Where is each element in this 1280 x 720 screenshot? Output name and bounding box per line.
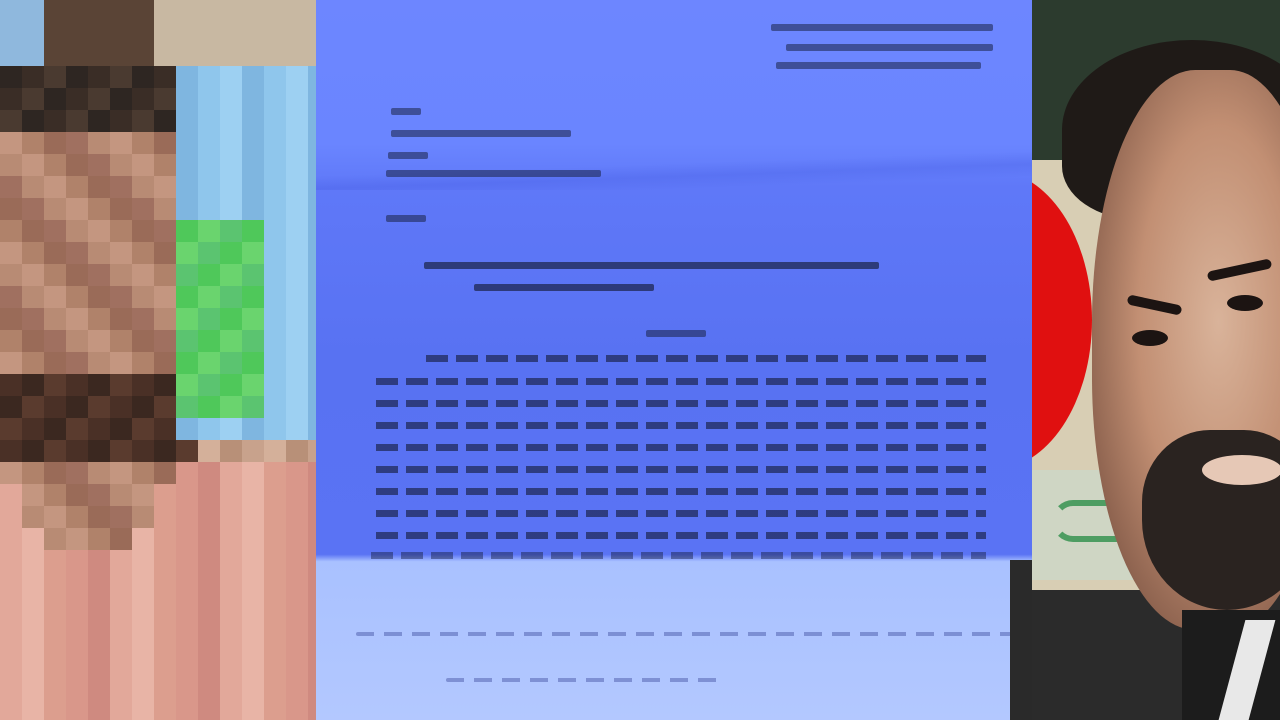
- pixel-block: [220, 0, 242, 22]
- pixel-block: [286, 594, 308, 616]
- pixel-block: [0, 352, 22, 374]
- pixel-block: [22, 528, 44, 550]
- pixel-block: [132, 154, 154, 176]
- pixel-block: [110, 594, 132, 616]
- pixel-block: [286, 88, 308, 110]
- pixel-block: [44, 330, 66, 352]
- pixel-block: [264, 0, 286, 22]
- pixel-block: [308, 528, 316, 550]
- pixel-block: [308, 550, 316, 572]
- pixel-block: [308, 176, 316, 198]
- pixel-block: [286, 330, 308, 352]
- pixel-block: [220, 572, 242, 594]
- pixel-block: [22, 396, 44, 418]
- pixel-block: [242, 352, 264, 374]
- body-line: [376, 444, 986, 451]
- pixel-block: [44, 352, 66, 374]
- handwritten-note-line: [356, 632, 1016, 636]
- pixel-block: [44, 44, 66, 66]
- pixel-block: [0, 462, 22, 484]
- pixel-block: [176, 374, 198, 396]
- pixel-block: [242, 88, 264, 110]
- pixel-block: [0, 220, 22, 242]
- pixel-block: [44, 220, 66, 242]
- pixel-block: [22, 462, 44, 484]
- pixel-block: [242, 44, 264, 66]
- pixel-block: [264, 242, 286, 264]
- pixel-block: [220, 484, 242, 506]
- pixel-block: [66, 572, 88, 594]
- pixel-block: [220, 330, 242, 352]
- pixel-block: [198, 88, 220, 110]
- pixel-block: [176, 440, 198, 462]
- pixel-block: [0, 682, 22, 704]
- pixel-block: [242, 176, 264, 198]
- pixel-block: [176, 704, 198, 720]
- pixel-block: [176, 88, 198, 110]
- pixel-block: [88, 638, 110, 660]
- pixel-block: [308, 682, 316, 704]
- pixel-block: [308, 44, 316, 66]
- pixel-block: [264, 572, 286, 594]
- eye: [1227, 295, 1263, 311]
- pixel-block: [308, 396, 316, 418]
- pixel-block: [88, 374, 110, 396]
- pixel-block: [198, 66, 220, 88]
- pixel-block: [44, 374, 66, 396]
- pixel-block: [220, 440, 242, 462]
- pixel-block: [198, 286, 220, 308]
- pixel-block: [66, 242, 88, 264]
- pixel-block: [110, 418, 132, 440]
- pixel-block: [264, 352, 286, 374]
- pixel-block: [44, 550, 66, 572]
- pixel-block: [66, 528, 88, 550]
- letter-document-panel: [316, 0, 1032, 720]
- pixel-block: [44, 528, 66, 550]
- pixel-block: [110, 132, 132, 154]
- pixel-block: [0, 132, 22, 154]
- pixel-block: [264, 110, 286, 132]
- pixel-block: [22, 66, 44, 88]
- pixel-block: [198, 308, 220, 330]
- pixel-block: [198, 22, 220, 44]
- pixel-block: [22, 88, 44, 110]
- pixel-block: [308, 660, 316, 682]
- pixel-block: [220, 374, 242, 396]
- pixel-block: [176, 0, 198, 22]
- pixel-block: [176, 220, 198, 242]
- pixel-block: [88, 704, 110, 720]
- pixel-block: [220, 462, 242, 484]
- pixel-block: [198, 682, 220, 704]
- pixel-block: [22, 242, 44, 264]
- pixel-block: [88, 352, 110, 374]
- pixel-block: [242, 418, 264, 440]
- pixel-block: [88, 660, 110, 682]
- pixel-block: [220, 154, 242, 176]
- pixel-block: [220, 22, 242, 44]
- pixel-block: [0, 638, 22, 660]
- pixel-block: [198, 484, 220, 506]
- pixel-block: [88, 44, 110, 66]
- pixel-block: [264, 198, 286, 220]
- pixel-block: [154, 616, 176, 638]
- pixel-block: [176, 66, 198, 88]
- pixel-block: [66, 154, 88, 176]
- pixel-block: [132, 352, 154, 374]
- section-heading: [646, 330, 706, 337]
- pixel-block: [220, 242, 242, 264]
- pixel-block: [132, 66, 154, 88]
- pixel-block: [308, 154, 316, 176]
- pixel-block: [264, 66, 286, 88]
- pixel-block: [242, 286, 264, 308]
- pixel-block: [176, 132, 198, 154]
- pixel-block: [286, 110, 308, 132]
- pixel-block: [66, 616, 88, 638]
- pixel-block: [132, 506, 154, 528]
- pixel-block: [154, 550, 176, 572]
- pixel-block: [242, 198, 264, 220]
- pixel-block: [0, 704, 22, 720]
- pixel-block: [286, 440, 308, 462]
- pixel-block: [44, 308, 66, 330]
- pixel-block: [242, 220, 264, 242]
- pixel-block: [154, 396, 176, 418]
- pixel-block: [66, 396, 88, 418]
- pixel-block: [220, 418, 242, 440]
- pixel-block: [44, 572, 66, 594]
- pixel-block: [308, 242, 316, 264]
- pixel-block: [22, 110, 44, 132]
- pixel-block: [264, 264, 286, 286]
- pixel-block: [308, 462, 316, 484]
- pixel-block: [66, 132, 88, 154]
- pixel-block: [242, 374, 264, 396]
- pixel-block: [110, 264, 132, 286]
- pixel-block: [176, 616, 198, 638]
- pixel-block: [176, 22, 198, 44]
- pixel-block: [264, 418, 286, 440]
- pixel-block: [264, 440, 286, 462]
- pixel-block: [110, 198, 132, 220]
- pixel-block: [110, 330, 132, 352]
- pixel-block: [286, 638, 308, 660]
- pixel-block: [176, 638, 198, 660]
- pixel-block: [22, 616, 44, 638]
- pixel-block: [0, 418, 22, 440]
- pixel-block: [22, 44, 44, 66]
- pixel-block: [198, 550, 220, 572]
- pixel-block: [88, 242, 110, 264]
- pixel-block: [176, 176, 198, 198]
- pixel-block: [154, 242, 176, 264]
- pixel-block: [22, 374, 44, 396]
- pixel-block: [176, 462, 198, 484]
- pixel-block: [44, 242, 66, 264]
- pixel-block: [286, 44, 308, 66]
- pixel-block: [0, 242, 22, 264]
- pixel-block: [198, 352, 220, 374]
- pixel-block: [66, 374, 88, 396]
- pixel-block: [66, 286, 88, 308]
- pixel-block: [44, 66, 66, 88]
- pixel-block: [44, 198, 66, 220]
- pixel-block: [132, 176, 154, 198]
- pixel-block: [286, 22, 308, 44]
- pixel-block: [88, 286, 110, 308]
- pixel-block: [0, 264, 22, 286]
- pixel-block: [198, 572, 220, 594]
- pixel-block: [286, 704, 308, 720]
- pixel-block: [308, 418, 316, 440]
- pixel-block: [88, 506, 110, 528]
- pixel-block: [264, 660, 286, 682]
- pixel-block: [22, 682, 44, 704]
- pixel-block: [198, 374, 220, 396]
- pixel-block: [154, 308, 176, 330]
- pixel-block: [198, 154, 220, 176]
- pixel-block: [132, 88, 154, 110]
- pixel-block: [286, 352, 308, 374]
- pixel-block: [242, 154, 264, 176]
- pixel-block: [132, 682, 154, 704]
- pixel-block: [88, 682, 110, 704]
- pixel-block: [154, 154, 176, 176]
- pixel-block: [154, 66, 176, 88]
- pixel-block: [242, 0, 264, 22]
- pixel-block: [22, 198, 44, 220]
- pixel-block: [220, 352, 242, 374]
- pixel-block: [176, 418, 198, 440]
- pixel-block: [22, 484, 44, 506]
- pixel-block: [286, 550, 308, 572]
- pixel-block: [0, 616, 22, 638]
- pixel-block: [198, 440, 220, 462]
- pixel-block: [154, 660, 176, 682]
- pixel-block: [264, 396, 286, 418]
- pixel-block: [220, 616, 242, 638]
- pixel-block: [154, 594, 176, 616]
- pixel-block: [132, 198, 154, 220]
- pixel-block: [198, 594, 220, 616]
- pixel-block: [308, 198, 316, 220]
- subject-line: [474, 284, 654, 291]
- pixel-block: [66, 506, 88, 528]
- pixel-block: [286, 506, 308, 528]
- pixel-block: [66, 44, 88, 66]
- pixel-block: [154, 572, 176, 594]
- pixel-block: [154, 264, 176, 286]
- body-line: [371, 552, 986, 559]
- pixel-block: [110, 308, 132, 330]
- pixel-block: [0, 154, 22, 176]
- pixel-block: [0, 594, 22, 616]
- pixel-block: [132, 572, 154, 594]
- pixel-block: [286, 154, 308, 176]
- pixel-block: [286, 0, 308, 22]
- paper-edge-shadow: [1010, 560, 1032, 720]
- body-line: [426, 355, 986, 362]
- pixel-block: [110, 154, 132, 176]
- pixel-block: [198, 506, 220, 528]
- pixel-block: [88, 0, 110, 22]
- pixel-block: [220, 638, 242, 660]
- pixel-block: [286, 308, 308, 330]
- pixel-block: [264, 88, 286, 110]
- pixel-block: [132, 110, 154, 132]
- pixel-block: [88, 264, 110, 286]
- body-line: [376, 400, 986, 407]
- pixel-block: [66, 0, 88, 22]
- pixel-block: [22, 550, 44, 572]
- pixel-block: [308, 132, 316, 154]
- pixel-block: [66, 308, 88, 330]
- pixel-block: [308, 638, 316, 660]
- pixel-block: [264, 506, 286, 528]
- pixel-block: [66, 418, 88, 440]
- pixel-block: [154, 682, 176, 704]
- pixel-block: [220, 110, 242, 132]
- pixel-block: [44, 396, 66, 418]
- pixel-block: [22, 308, 44, 330]
- pixel-block: [66, 176, 88, 198]
- pixel-block: [264, 220, 286, 242]
- pixel-block: [154, 506, 176, 528]
- pixel-block: [154, 418, 176, 440]
- pixel-block: [88, 154, 110, 176]
- pixel-block: [308, 22, 316, 44]
- pixel-block: [308, 330, 316, 352]
- pixel-block: [132, 264, 154, 286]
- pixel-block: [154, 528, 176, 550]
- pixel-block: [0, 110, 22, 132]
- pixel-block: [132, 330, 154, 352]
- pixel-block: [176, 506, 198, 528]
- pixel-block: [132, 638, 154, 660]
- pixel-block: [198, 528, 220, 550]
- pixel-block: [154, 440, 176, 462]
- pixel-block: [154, 0, 176, 22]
- pixel-block: [308, 374, 316, 396]
- pixel-block: [44, 110, 66, 132]
- pixel-block: [110, 572, 132, 594]
- pixel-block: [22, 0, 44, 22]
- pixel-block: [308, 352, 316, 374]
- pixel-block: [308, 286, 316, 308]
- pixel-block: [0, 330, 22, 352]
- pixel-block: [22, 352, 44, 374]
- pixel-block: [132, 704, 154, 720]
- pixel-block: [22, 418, 44, 440]
- pixel-block: [264, 528, 286, 550]
- pixel-block: [132, 220, 154, 242]
- pixel-block: [88, 440, 110, 462]
- pixel-block: [308, 110, 316, 132]
- pixel-block: [110, 550, 132, 572]
- pixel-block: [220, 308, 242, 330]
- pixel-block: [110, 616, 132, 638]
- pixel-block: [110, 462, 132, 484]
- pixel-block: [66, 220, 88, 242]
- pixel-block: [66, 110, 88, 132]
- pixel-block: [154, 176, 176, 198]
- pixel-block: [264, 44, 286, 66]
- pixel-block: [154, 704, 176, 720]
- pixel-block: [286, 396, 308, 418]
- pixel-block: [198, 110, 220, 132]
- pixel-block: [198, 0, 220, 22]
- pixel-block: [110, 528, 132, 550]
- pixel-block: [198, 616, 220, 638]
- pixel-block: [264, 704, 286, 720]
- pixel-block: [286, 66, 308, 88]
- pixel-block: [176, 286, 198, 308]
- pixel-block: [242, 242, 264, 264]
- pixel-block: [88, 418, 110, 440]
- pixel-block: [22, 154, 44, 176]
- pixel-block: [132, 462, 154, 484]
- pixel-block: [264, 176, 286, 198]
- pixel-block: [88, 462, 110, 484]
- recipient-line: [388, 152, 428, 159]
- pixel-block: [132, 44, 154, 66]
- pixel-block: [110, 682, 132, 704]
- pixel-block: [110, 286, 132, 308]
- pixel-block: [198, 132, 220, 154]
- pixel-block: [286, 374, 308, 396]
- pixel-block: [198, 242, 220, 264]
- pixel-block: [242, 110, 264, 132]
- pixel-block: [132, 132, 154, 154]
- pixel-block: [242, 704, 264, 720]
- body-line: [376, 488, 986, 495]
- body-line: [376, 466, 986, 473]
- pixel-block: [176, 264, 198, 286]
- pixel-block: [264, 330, 286, 352]
- pixel-block: [0, 440, 22, 462]
- pixel-block: [0, 550, 22, 572]
- pixel-block: [22, 264, 44, 286]
- pixel-block: [286, 176, 308, 198]
- pixel-block: [286, 572, 308, 594]
- pixel-block: [242, 594, 264, 616]
- pixel-block: [88, 616, 110, 638]
- pixel-block: [22, 132, 44, 154]
- pixel-block: [0, 66, 22, 88]
- pixel-block: [110, 484, 132, 506]
- pixel-block: [154, 330, 176, 352]
- pixel-block: [110, 660, 132, 682]
- pixel-block: [198, 330, 220, 352]
- pixel-block: [176, 330, 198, 352]
- pixel-block: [286, 132, 308, 154]
- pixel-block: [154, 132, 176, 154]
- pixel-block: [132, 660, 154, 682]
- pixel-block: [0, 308, 22, 330]
- pixel-block: [220, 44, 242, 66]
- pixel-block: [44, 176, 66, 198]
- pixel-block: [308, 572, 316, 594]
- pixel-block: [286, 220, 308, 242]
- pixel-block: [220, 528, 242, 550]
- pixel-block: [176, 198, 198, 220]
- pixel-block: [154, 638, 176, 660]
- pixel-block: [220, 594, 242, 616]
- pixel-block: [0, 88, 22, 110]
- pixel-block: [198, 176, 220, 198]
